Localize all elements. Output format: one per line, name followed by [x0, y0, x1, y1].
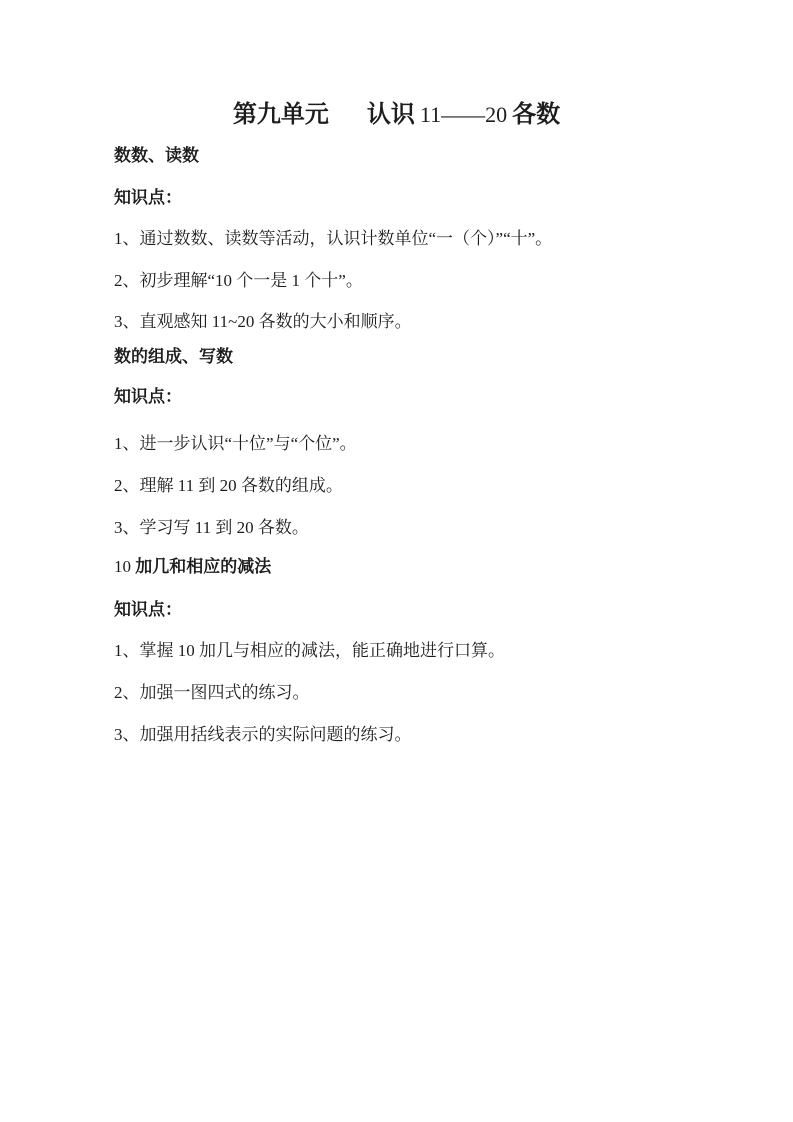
heading-text: 数的组成、写数: [114, 347, 233, 366]
title-number-range: 11——20: [420, 102, 507, 127]
list-item: 1、进一步认识“十位”与“个位”。: [114, 433, 357, 454]
list-item: 1、通过数数、读数等活动，认识计数单位“一（个）”“十”。: [114, 228, 552, 249]
list-item: 2、初步理解“10 个一是 1 个十”。: [114, 270, 363, 291]
heading-number-prefix: 10: [114, 557, 135, 576]
section-heading-ten-plus: 10 加几和相应的减法: [114, 556, 271, 577]
title-unit-label: 第九单元: [233, 102, 329, 128]
section-heading-counting-reading: 数数、读数: [114, 145, 199, 166]
title-suffix: 各数: [512, 102, 560, 128]
page-title: 第九单元认识11——20各数: [0, 101, 793, 130]
list-item: 3、直观感知 11~20 各数的大小和顺序。: [114, 311, 412, 332]
knowledge-points-label: 知识点：: [114, 187, 182, 208]
document-page: 第九单元认识11——20各数 数数、读数 知识点： 1、通过数数、读数等活动，认…: [0, 0, 793, 1122]
title-verb: 认识: [367, 102, 415, 128]
section-heading-composition-writing: 数的组成、写数: [114, 346, 233, 367]
heading-text: 加几和相应的减法: [135, 557, 271, 576]
knowledge-points-label: 知识点：: [114, 599, 182, 620]
list-item: 1、掌握 10 加几与相应的减法，能正确地进行口算。: [114, 640, 505, 661]
list-item: 3、学习写 11 到 20 各数。: [114, 517, 309, 538]
heading-text: 数数、读数: [114, 146, 199, 165]
knowledge-points-label: 知识点：: [114, 386, 182, 407]
list-item: 3、加强用括线表示的实际问题的练习。: [114, 724, 412, 745]
list-item: 2、理解 11 到 20 各数的组成。: [114, 475, 343, 496]
list-item: 2、加强一图四式的练习。: [114, 682, 310, 703]
